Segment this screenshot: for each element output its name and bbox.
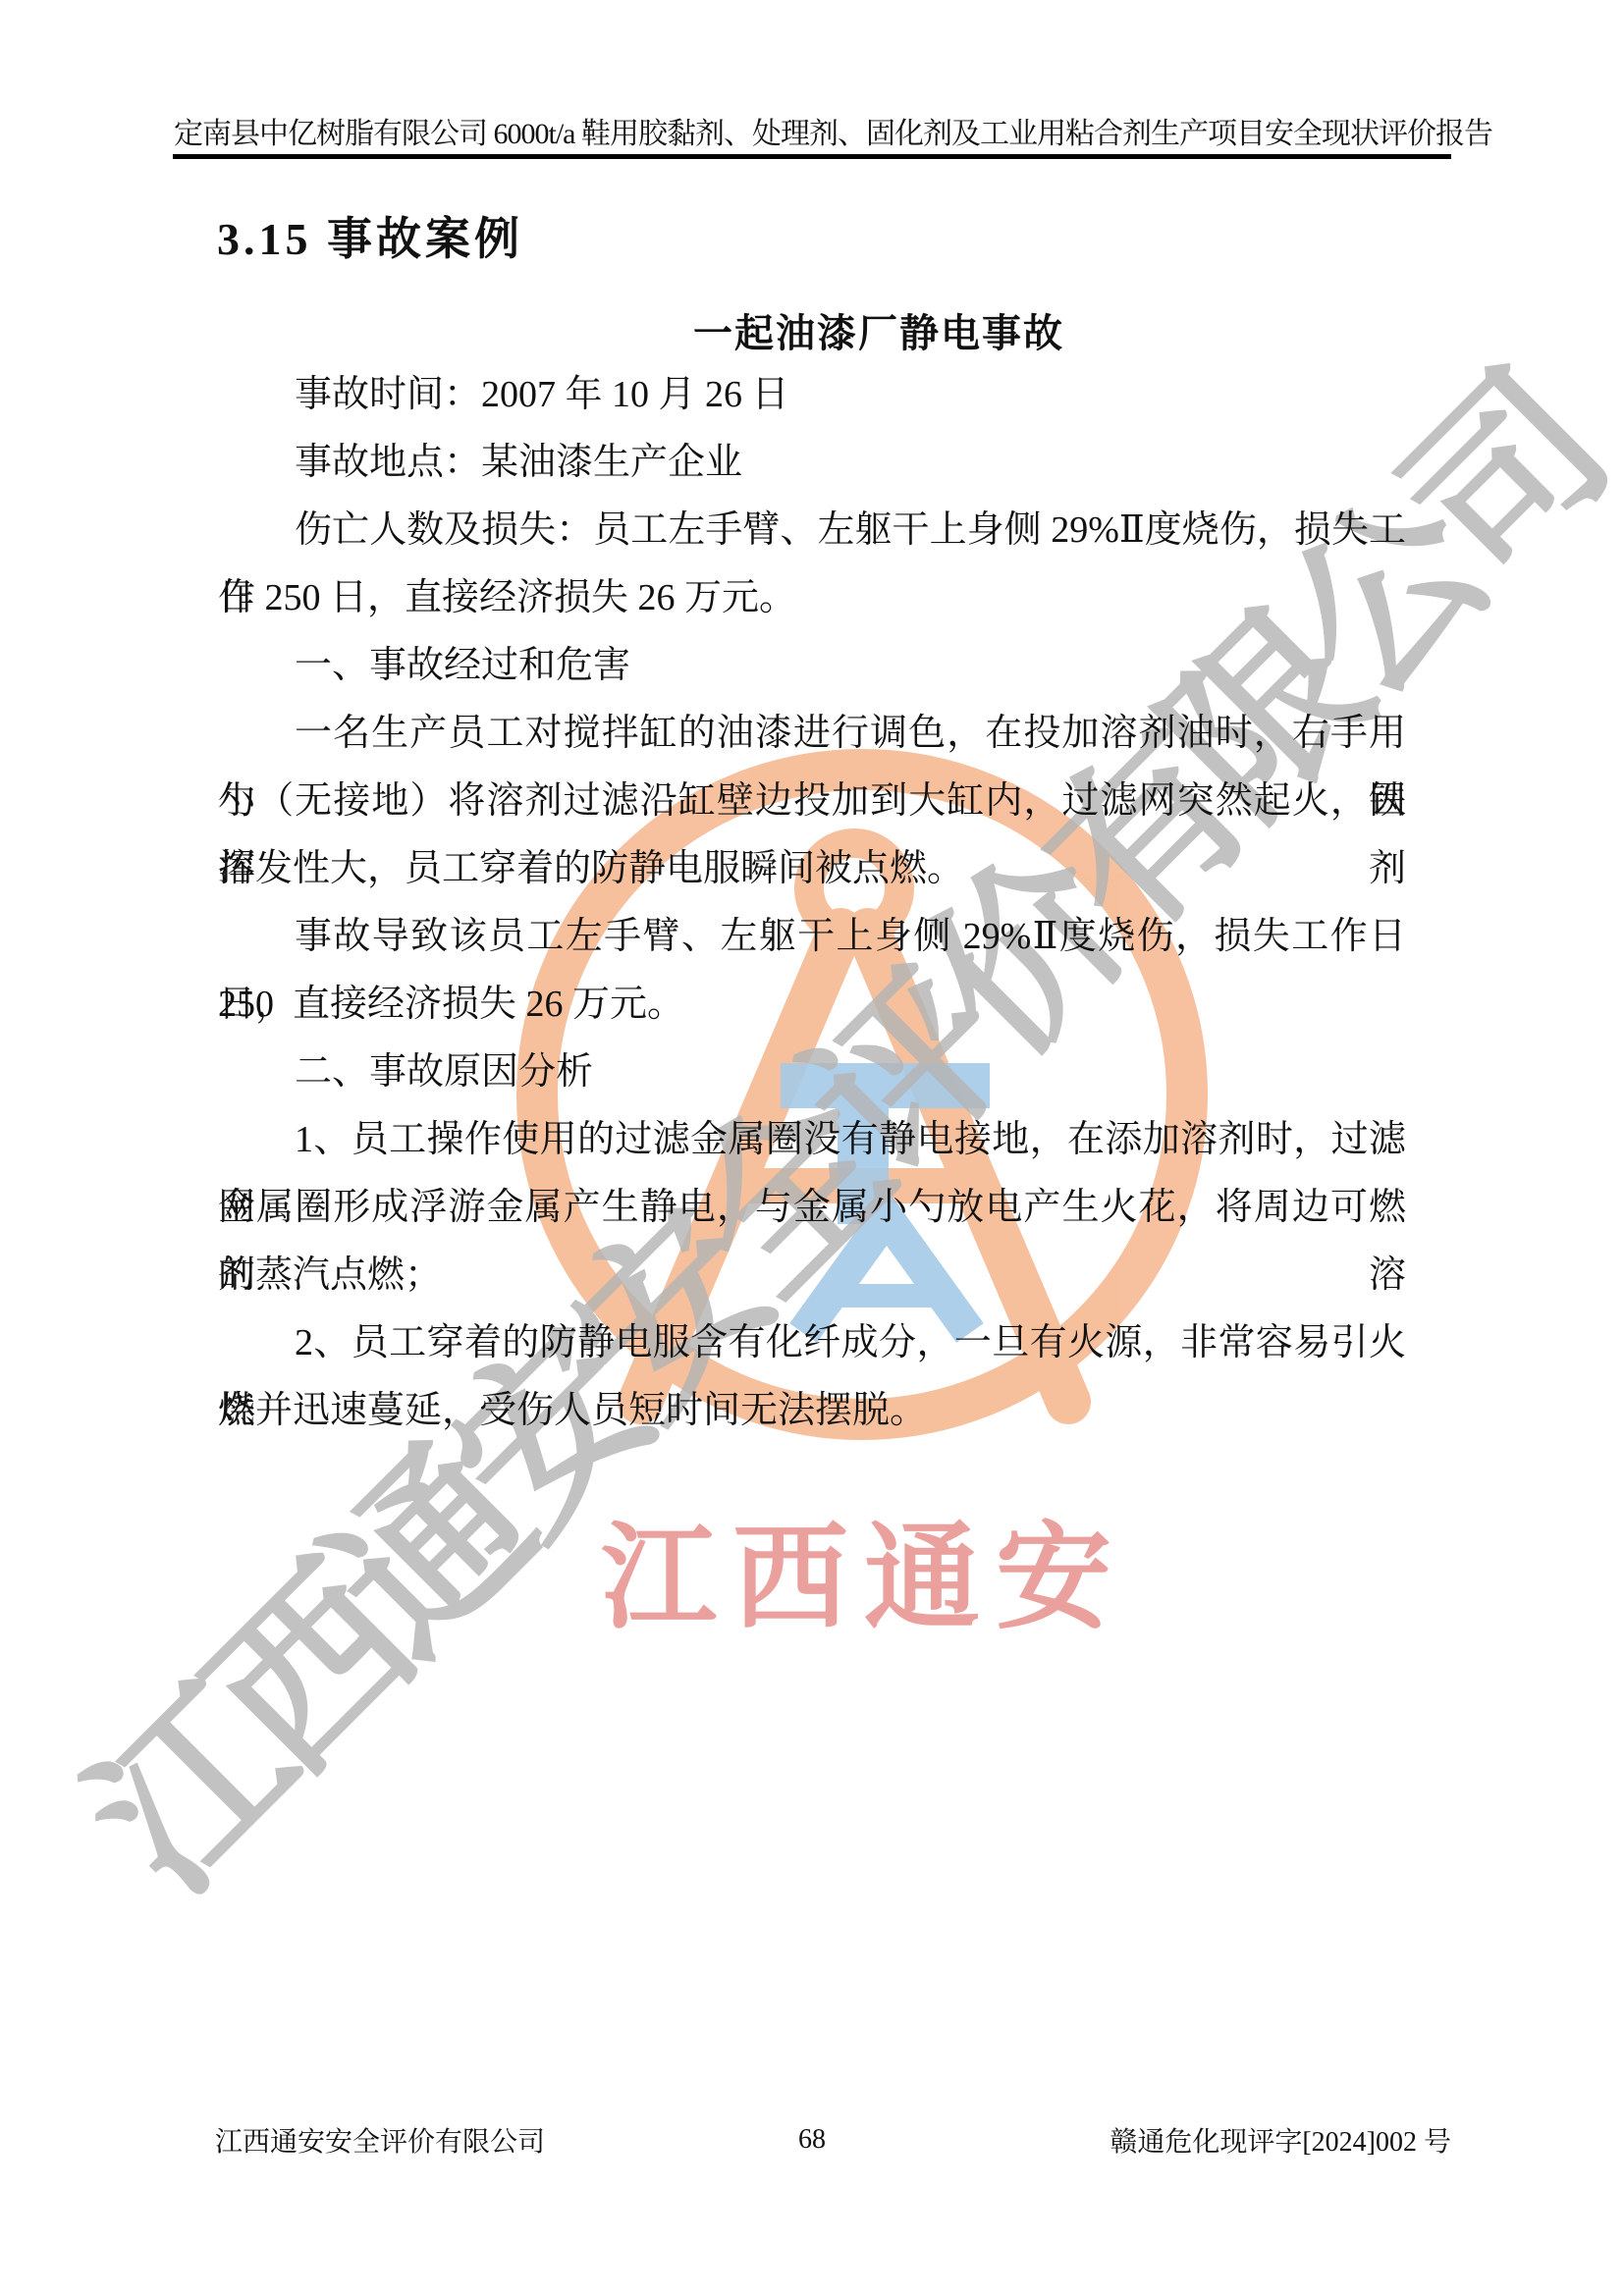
body-line: 一、事故经过和危害 [218,632,1406,700]
page-header-title: 定南县中亿树脂有限公司 6000t/a 鞋用胶黏剂、处理剂、固化剂及工业用粘合剂… [174,116,1451,153]
body-line: 日 250 日，直接经济损失 26 万元。 [218,564,1406,632]
section-title: 3.15 事故案例 [217,203,523,268]
body-line: 勺（无接地）将溶剂过滤沿缸壁边投加到大缸内，过滤网突然起火，因溶剂 [218,768,1406,835]
body-line: 一名生产员工对搅拌缸的油漆进行调色，在投加溶剂油时，右手用小铁 [218,700,1406,768]
body-line: 事故导致该员工左手臂、左躯干上身侧 29%Ⅱ度烧伤，损失工作日 250 [218,903,1406,971]
red-text-watermark: 江西通安 [601,1484,1127,1651]
report-page: 江西通安安全评价有限公司 江西通安 定南县中亿树脂有限公司 6000t/a 鞋用… [0,0,1624,2296]
body-line: 金属圈形成浮游金属产生静电，与金属小勺放电产生火花，将周边可燃的溶 [218,1174,1406,1242]
body-line: 1、员工操作使用的过滤金属圈没有静电接地，在添加溶剂时，过滤网 [218,1106,1406,1174]
body-line: 日，直接经济损失 26 万元。 [218,971,1406,1039]
body-lines: 事故时间：2007 年 10 月 26 日事故地点：某油漆生产企业伤亡人数及损失… [218,361,1406,1445]
page-footer: 江西通安安全评价有限公司 68 赣通危化现评字[2024]002 号 [0,2120,1624,2163]
body-line: 事故地点：某油漆生产企业 [218,429,1406,497]
body-line: 事故时间：2007 年 10 月 26 日 [218,361,1406,429]
body-line: 二、事故原因分析 [218,1039,1406,1106]
header-rule [173,154,1451,159]
case-title: 一起油漆厂静电事故 [218,302,1406,358]
body-line: 伤亡人数及损失：员工左手臂、左躯干上身侧 29%Ⅱ度烧伤，损失工作 [218,497,1406,564]
body-line: 2、员工穿着的防静电服含有化纤成分，一旦有火源，非常容易引火燃 [218,1309,1406,1377]
body-line: 烧并迅速蔓延，受伤人员短时间无法摆脱。 [218,1377,1406,1445]
footer-doc-number: 赣通危化现评字[2024]002 号 [1110,2120,1451,2160]
